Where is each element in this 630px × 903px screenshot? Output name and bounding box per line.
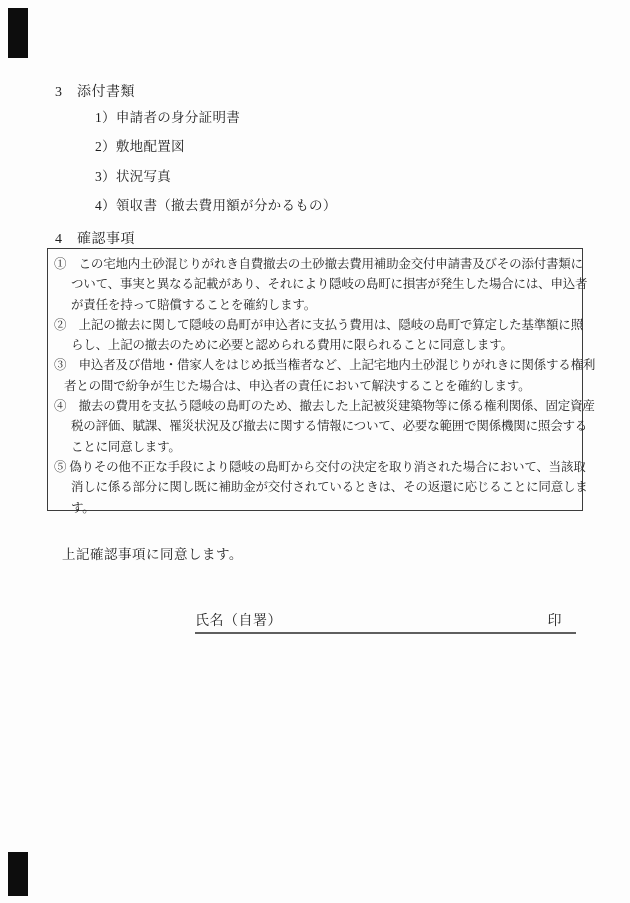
section4-heading: 4 確認事項 [55, 228, 135, 248]
confirmation-line-13: す。 [48, 498, 582, 518]
confirmation-line-6: ③ 申込者及び借地・借家人をはじめ抵当権者など、上記宅地内土砂混じりがれきに関係… [48, 355, 582, 375]
scan-mark-top-left [8, 8, 28, 58]
confirmation-line-11: ⑤ 偽りその他不正な手段により隠岐の島町から交付の決定を取り消された場合において… [48, 457, 582, 477]
confirmation-line-7: 者との間で紛争が生じた場合は、申込者の責任において解決することを確約します。 [48, 376, 582, 396]
confirmation-line-2: ついて、事実と異なる記載があり、それにより隠岐の島町に損害が発生した場合には、申… [48, 274, 582, 294]
document-page: 3 添付書類 1）申請者の身分証明書 2）敷地配置図 3）状況写真 4）領収書（… [0, 0, 630, 903]
confirmation-line-5: らし、上記の撤去のために必要と認められる費用に限られることに同意します。 [48, 335, 582, 355]
confirmation-line-8: ④ 撤去の費用を支払う隠岐の島町のため、撤去した上記被災建築物等に係る権利関係、… [48, 396, 582, 416]
agreement-statement: 上記確認事項に同意します。 [62, 543, 243, 563]
signature-name-label: 氏名（自署） [195, 610, 282, 630]
attachment-item-2: 2）敷地配置図 [95, 135, 185, 155]
confirmation-line-3: が責任を持って賠償することを確約します。 [48, 295, 582, 315]
confirmation-line-9: 税の評価、賦課、罹災状況及び撤去に関する情報について、必要な範囲で関係機関に照会… [48, 416, 582, 436]
attachment-item-3: 3）状況写真 [95, 165, 171, 185]
attachment-item-4: 4）領収書（撤去費用額が分かるもの） [95, 194, 337, 214]
confirmation-items-box: ① この宅地内土砂混じりがれき自費撤去の土砂撤去費用補助金交付申請書及びその添付… [47, 248, 583, 511]
seal-label: 印 [548, 610, 563, 630]
scan-mark-bottom-left [8, 852, 28, 896]
section3-heading: 3 添付書類 [55, 81, 135, 101]
confirmation-line-10: ことに同意します。 [48, 437, 582, 457]
confirmation-line-12: 消しに係る部分に関し既に補助金が交付されているときは、その返還に応じることに同意… [48, 477, 582, 497]
confirmation-line-4: ② 上記の撤去に関して隠岐の島町が申込者に支払う費用は、隠岐の島町で算定した基準… [48, 315, 582, 335]
attachment-item-1: 1）申請者の身分証明書 [95, 106, 240, 126]
confirmation-line-1: ① この宅地内土砂混じりがれき自費撤去の土砂撤去費用補助金交付申請書及びその添付… [48, 254, 582, 274]
signature-row: 氏名（自署） 印 [195, 612, 576, 634]
